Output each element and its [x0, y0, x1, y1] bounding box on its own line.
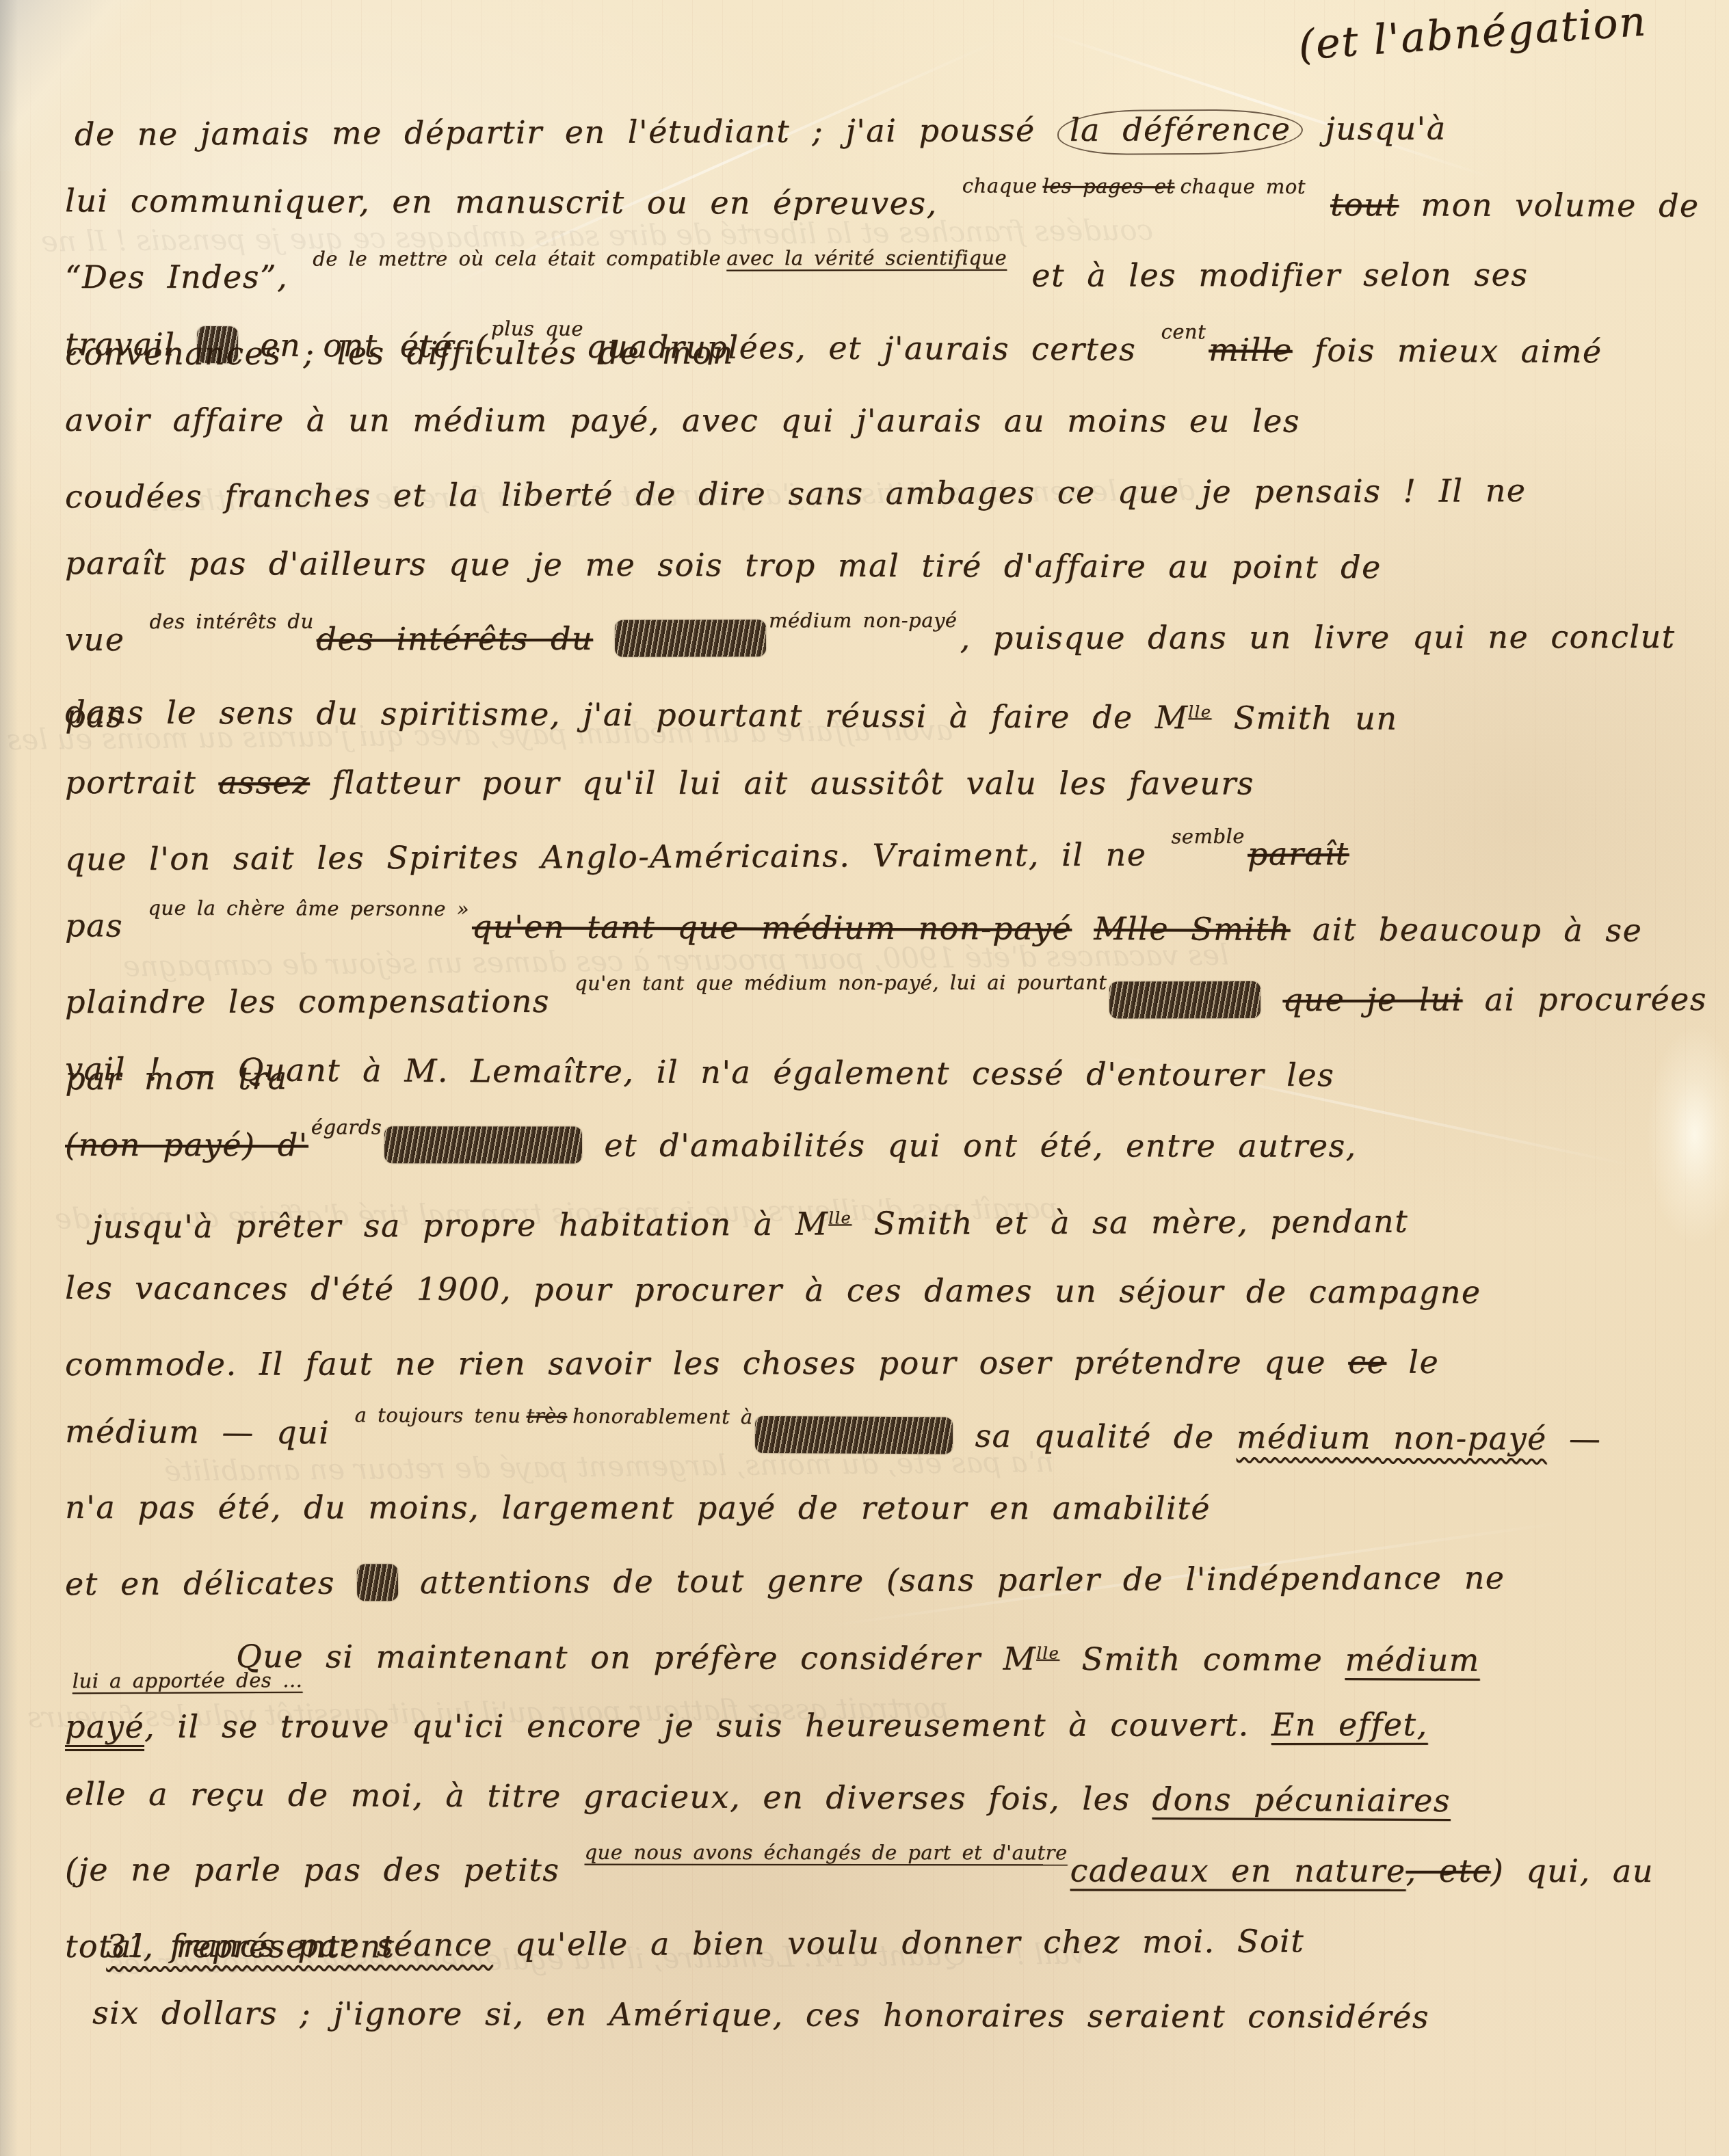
text-segment: qu'elle a bien voulu donner chez moi. So… [492, 1922, 1304, 1962]
text-segment: travail [65, 325, 198, 363]
handwriting-line: portrait assez flatteur pour qu'il lui a… [65, 746, 1717, 820]
text-segment: semble [1171, 800, 1245, 873]
text-segment: sa qualité de [953, 1417, 1237, 1455]
text-segment: paraît [1248, 835, 1349, 873]
text-segment: qu'en tant que médium non-payé [472, 908, 1072, 947]
text-segment: elle a reçu de moi, à titre gracieux, en… [65, 1775, 1152, 1818]
text-segment: des intérêts du [317, 620, 594, 658]
text-segment: ce [1348, 1344, 1386, 1381]
text-segment: et en délicates [65, 1564, 357, 1602]
text-segment: a toujours tenu [354, 1379, 521, 1452]
text-segment: lle [828, 1208, 852, 1227]
text-segment: coudées franches et la liberté de dire s… [65, 472, 1527, 515]
text-segment: très [526, 1379, 567, 1452]
text-segment: flatteur pour qu'il lui ait aussitôt val… [310, 764, 1254, 801]
text-segment: chaque mot [1180, 150, 1306, 223]
text-segment: le [1386, 1344, 1439, 1381]
text-segment: vail ! — Quant à M. Lemaître, il n'a éga… [65, 1050, 1334, 1093]
text-segment: Smith un [1211, 699, 1397, 736]
scribbled-deletion: ap [357, 1564, 398, 1601]
text-segment: avec la vérité scientifique [726, 222, 1007, 295]
text-segment: jusqu'à [1303, 109, 1446, 147]
text-segment [1261, 981, 1282, 1018]
text-segment: et d'amabilités qui ont été, entre autre… [582, 1127, 1357, 1164]
text-segment: dans le sens du spiritisme, j'ai pourtan… [65, 693, 1189, 736]
text-segment: de ne jamais me départir en l'étudiant ;… [75, 111, 1057, 152]
text-segment: tout [1330, 186, 1399, 223]
text-segment: lui communiquer, en manuscrit ou en épre… [65, 182, 960, 222]
scribbled-deletion: [illisible] [615, 620, 766, 656]
handwriting-line: et en délicates ap attentions de tout ge… [65, 1541, 1717, 1621]
handwriting-line: payé, il se trouve qu'ici encore je suis… [65, 1688, 1717, 1763]
text-segment: les vacances d'été 1900, pour procurer à… [65, 1269, 1481, 1311]
text-segment: médium non-payé [1237, 1418, 1547, 1456]
text-segment [593, 620, 615, 657]
text-segment: six dollars ; j'ignore si, en Amérique, … [92, 1994, 1429, 2035]
text-segment: quadruplées, et j'aurais certes [586, 328, 1159, 368]
text-segment: fois mieux aimé [1292, 332, 1602, 370]
text-segment [1072, 910, 1094, 947]
text-segment: médium non-payé [769, 584, 958, 656]
text-segment [1308, 186, 1330, 223]
handwriting-line: vue des intérêts dudes intérêts du [illi… [65, 600, 1717, 676]
text-segment: mille [1209, 331, 1293, 369]
text-segment: cadeaux en nature [1070, 1852, 1406, 1889]
handwriting-line: médium — qui a toujours tenutrèshonorabl… [65, 1395, 1717, 1476]
text-segment: Smith comme [1059, 1640, 1345, 1678]
text-segment: “Des Indes”, [65, 258, 310, 295]
text-segment: lle [1036, 1644, 1059, 1663]
handwriting-line: jusqu'à prêter sa propre habitation à Ml… [65, 1178, 1717, 1258]
text-segment: avoir affaire à un médium payé, avec qui… [65, 401, 1300, 440]
text-segment: n'a pas été, du moins, largement payé de… [65, 1489, 1211, 1526]
text-segment: plus que [491, 292, 584, 365]
text-segment: Mlle Smith [1094, 910, 1290, 948]
handwriting-line: coudées franches et la liberté de dire s… [65, 453, 1717, 533]
text-segment: Que si maintenant on préfère considérer … [236, 1638, 1036, 1677]
text-segment: payé [65, 1708, 144, 1751]
handwriting-line: travail en en ont été (plus quequadruplé… [65, 308, 1717, 388]
text-segment: assez [218, 764, 310, 801]
manuscript-lines: de ne jamais me départir en l'étudiant ;… [65, 94, 1717, 2051]
text-segment: 31 francs par séance [106, 1926, 493, 1965]
scribbled-deletion: en [197, 326, 238, 363]
text-segment: paraît pas d'ailleurs que je me sois tro… [65, 544, 1382, 585]
text-segment: , etc [1405, 1852, 1490, 1889]
text-segment: des intérêts du [149, 585, 313, 657]
text-segment: jusqu'à prêter sa propre habitation à M [92, 1205, 828, 1245]
text-segment: portrait [65, 764, 218, 801]
text-segment: lle [1188, 702, 1211, 721]
text-segment: les pages et [1042, 150, 1174, 223]
handwriting-line: (non payé) d'égards[illisible] et d'amab… [65, 1108, 1717, 1182]
text-segment: que je lui [1282, 981, 1462, 1018]
text-segment: vue [65, 621, 147, 658]
text-segment: médium [1345, 1641, 1479, 1679]
handwriting-line: les vacances d'été 1900, pour procurer à… [65, 1251, 1717, 1329]
text-segment: de le mettre où cela était compatible [313, 222, 721, 295]
scribbled-deletion: [illisible] [384, 1126, 582, 1163]
text-segment: médium — qui [65, 1413, 352, 1451]
text-segment: ait beaucoup à se [1290, 911, 1642, 949]
text-segment: égards [311, 1091, 382, 1163]
text-segment: mon volume de [1399, 186, 1700, 224]
handwriting-line: “Des Indes”, de le mettre où cela était … [65, 238, 1717, 313]
text-segment: commode. Il faut ne rien savoir les chos… [65, 1344, 1348, 1383]
text-segment: , il se trouve qu'ici encore je suis heu… [144, 1706, 1271, 1745]
text-segment: qu'en tant que médium non-payé, lui ai p… [575, 946, 1107, 1019]
handwriting-line: plaindre les compensations qu'en tant qu… [65, 963, 1717, 1038]
text-segment: honorablement à [572, 1380, 753, 1453]
handwriting-line: 31 francs par séance qu'elle a bien voul… [65, 1903, 1717, 1983]
text-segment: chaque [962, 149, 1038, 222]
text-segment: dons pécuniaires [1152, 1781, 1451, 1819]
manuscript-scan: { "page": { "kind": "page manuscrite — b… [0, 0, 1729, 2156]
text-segment: attentions de tout genre (sans parler de… [398, 1559, 1505, 1601]
text-segment: que nous avons échangés de part et d'aut… [585, 1816, 1068, 1889]
scribbled-deletion: [illisible] [1109, 981, 1261, 1018]
text-segment: cent [1161, 295, 1206, 368]
text-segment: en ont été ( [238, 326, 488, 364]
handwriting-line: commode. Il faut ne rien savoir les chos… [65, 1325, 1717, 1400]
text-segment: (je ne parle pas des petits [65, 1851, 582, 1889]
text-segment: que la chère âme personne » [148, 872, 469, 945]
handwriting-line: n'a pas été, du moins, largement payé de… [65, 1471, 1717, 1545]
text-segment: Smith et à sa mère, pendant [852, 1203, 1408, 1242]
handwriting-line: Que si maintenant on préfère considérer … [65, 1614, 1717, 1692]
handwriting-line: avoir affaire à un médium payé, avec qui… [65, 384, 1717, 457]
text-segment: (non payé) d' [65, 1126, 308, 1163]
text-segment: plaindre les compensations [65, 983, 572, 1020]
text-segment: la déférence [1057, 109, 1304, 155]
text-segment: pas [65, 907, 145, 944]
text-segment: — [1547, 1420, 1602, 1457]
handwriting-line: (je ne parle pas des petits que nous avo… [65, 1833, 1717, 1907]
text-segment: En effet, [1271, 1706, 1428, 1743]
page-left-edge [0, 0, 18, 2156]
handwriting-line: de ne jamais me départir en l'étudiant ;… [65, 91, 1717, 171]
handwriting-line: dans le sens du spiritisme, j'ai pourtan… [65, 670, 1717, 751]
scribbled-deletion: [illisible] [755, 1416, 953, 1454]
handwriting-line: six dollars ; j'ignore si, en Amérique, … [65, 1976, 1717, 2054]
